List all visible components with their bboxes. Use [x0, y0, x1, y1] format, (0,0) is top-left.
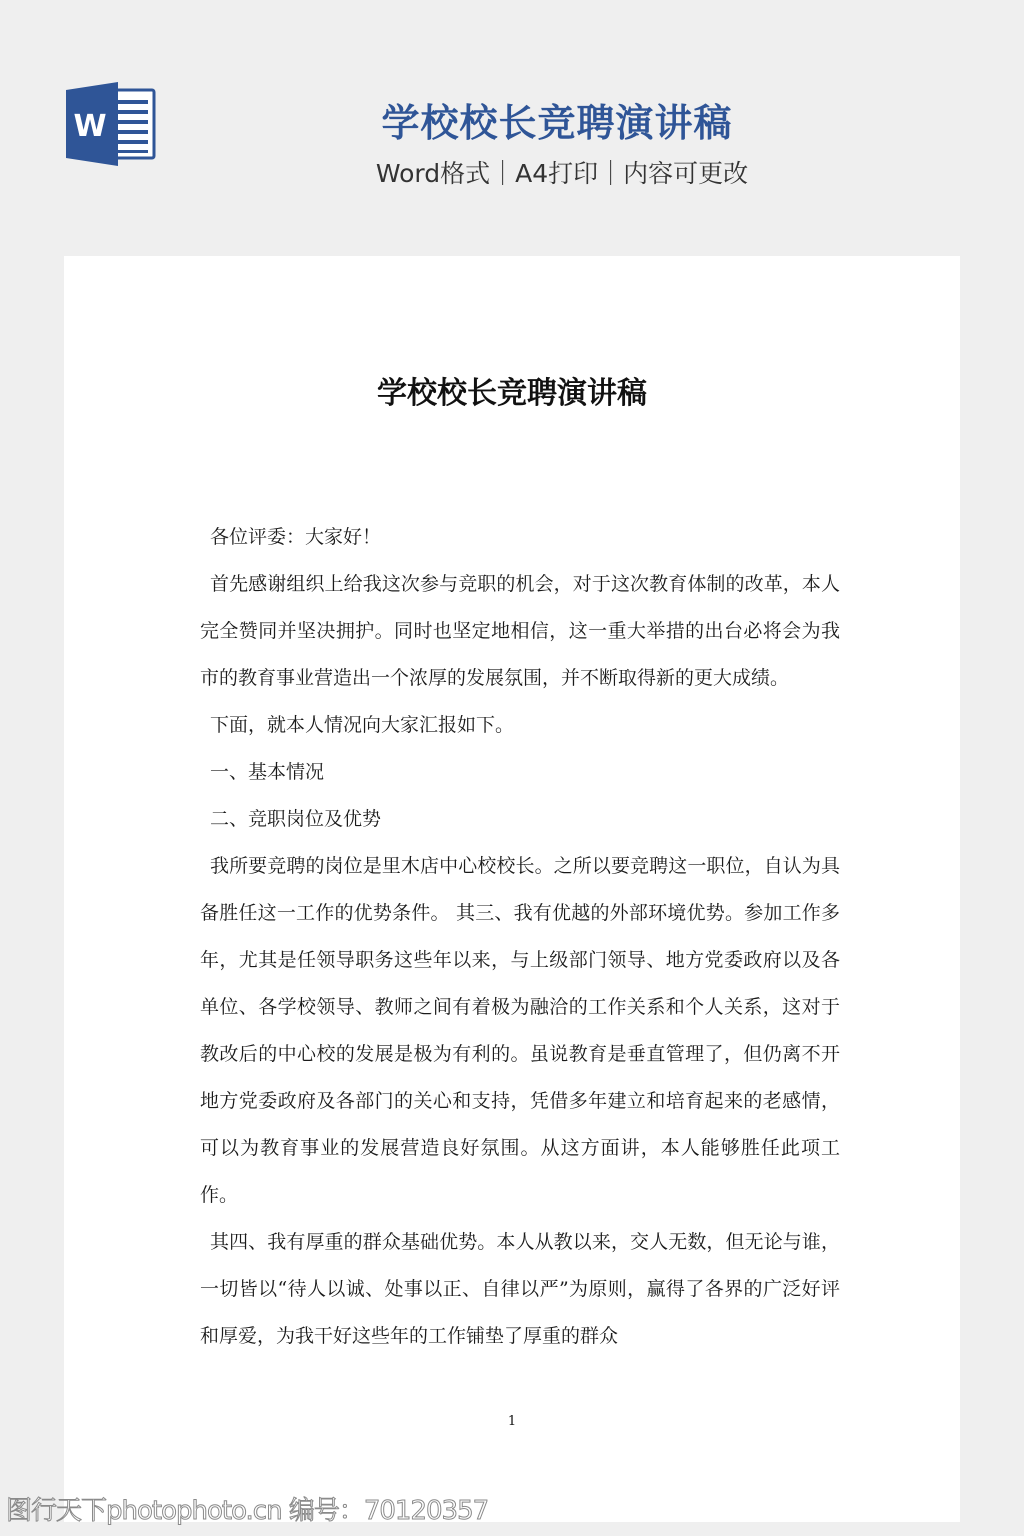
- watermark: 图行天下photophoto.cn 编号：70120357: [6, 1490, 488, 1527]
- section-heading-position: 二、竞职岗位及优势: [200, 796, 840, 843]
- paragraph-fourth: 其四、我有厚重的群众基础优势。本人从教以来，交人无数，但无论与谁，一切皆以“待人…: [200, 1219, 840, 1360]
- document-title: 学校校长竞聘演讲稿: [64, 368, 960, 412]
- document-body: 各位评委：大家好！ 首先感谢组织上给我这次参与竞职的机会，对于这次教育体制的改革…: [200, 514, 840, 1360]
- paragraph-intro: 首先感谢组织上给我这次参与竞职的机会，对于这次教育体制的改革，本人完全赞同并坚决…: [200, 561, 840, 702]
- header-title: 学校校长竞聘演讲稿: [0, 92, 1024, 147]
- section-heading-basic: 一、基本情况: [200, 749, 840, 796]
- paragraph-position: 我所要竞聘的岗位是里木店中心校校长。之所以要竞聘这一职位，自认为具备胜任这一工作…: [200, 843, 840, 1219]
- page-number: 1: [64, 1414, 960, 1429]
- paragraph-report: 下面，就本人情况向大家汇报如下。: [200, 702, 840, 749]
- paragraph-greeting: 各位评委：大家好！: [200, 514, 840, 561]
- header-subtitle: Word格式｜A4打印｜内容可更改: [0, 154, 1024, 190]
- document-page: 学校校长竞聘演讲稿 各位评委：大家好！ 首先感谢组织上给我这次参与竞职的机会，对…: [64, 256, 960, 1522]
- header-banner: W 学校校长竞聘演讲稿 Word格式｜A4打印｜内容可更改: [0, 0, 1024, 256]
